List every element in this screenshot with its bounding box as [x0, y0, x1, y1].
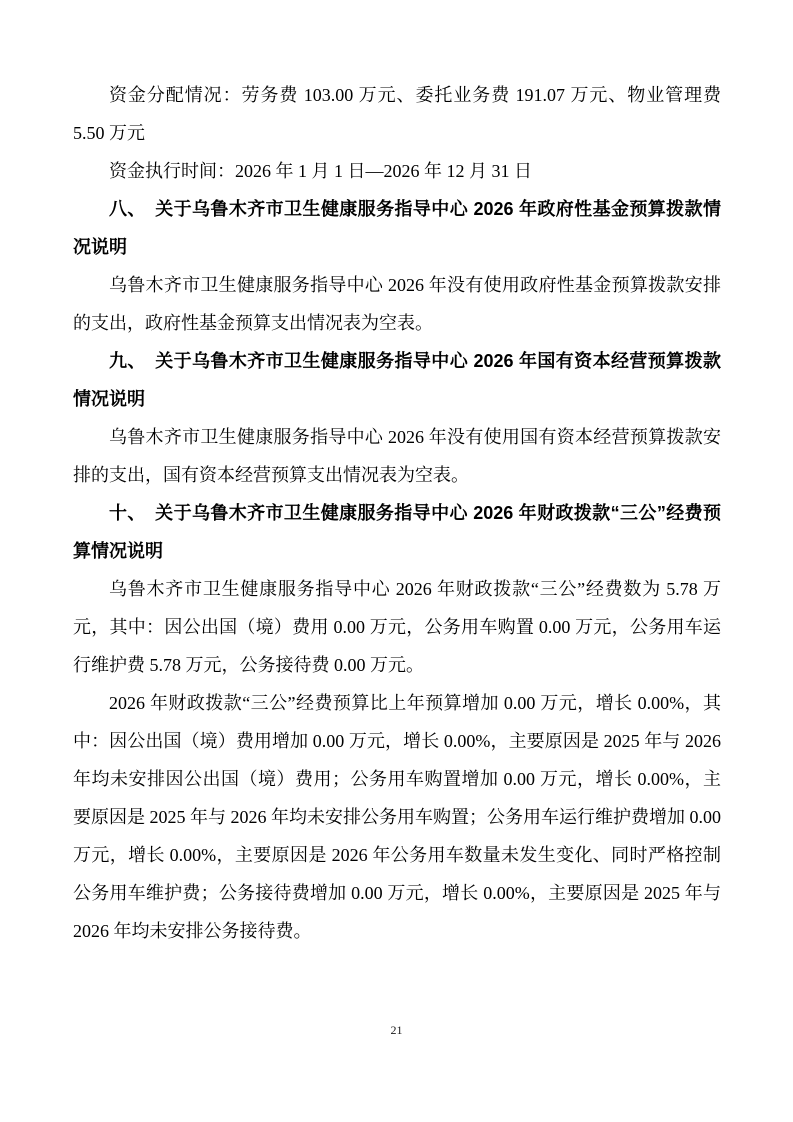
document-body: 资金分配情况：劳务费 103.00 万元、委托业务费 191.07 万元、物业管… [73, 76, 721, 950]
section-9-heading: 九、 关于乌鲁木齐市卫生健康服务指导中心 2026 年国有资本经营预算拨款情况说… [73, 342, 721, 418]
section-8-heading: 八、 关于乌鲁木齐市卫生健康服务指导中心 2026 年政府性基金预算拨款情况说明 [73, 190, 721, 266]
page-number: 21 [0, 1022, 793, 1038]
section-9-paragraph: 乌鲁木齐市卫生健康服务指导中心 2026 年没有使用国有资本经营预算拨款安排的支… [73, 418, 721, 494]
document-page: 资金分配情况：劳务费 103.00 万元、委托业务费 191.07 万元、物业管… [0, 0, 793, 1122]
section-10-paragraph-2: 2026 年财政拨款“三公”经费预算比上年预算增加 0.00 万元，增长 0.0… [73, 684, 721, 950]
section-10-heading: 十、 关于乌鲁木齐市卫生健康服务指导中心 2026 年财政拨款“三公”经费预算情… [73, 494, 721, 570]
section-10-paragraph-1: 乌鲁木齐市卫生健康服务指导中心 2026 年财政拨款“三公”经费数为 5.78 … [73, 570, 721, 684]
funds-allocation-paragraph: 资金分配情况：劳务费 103.00 万元、委托业务费 191.07 万元、物业管… [73, 76, 721, 152]
section-8-paragraph: 乌鲁木齐市卫生健康服务指导中心 2026 年没有使用政府性基金预算拨款安排的支出… [73, 266, 721, 342]
funds-execution-paragraph: 资金执行时间：2026 年 1 月 1 日—2026 年 12 月 31 日 [73, 152, 721, 190]
